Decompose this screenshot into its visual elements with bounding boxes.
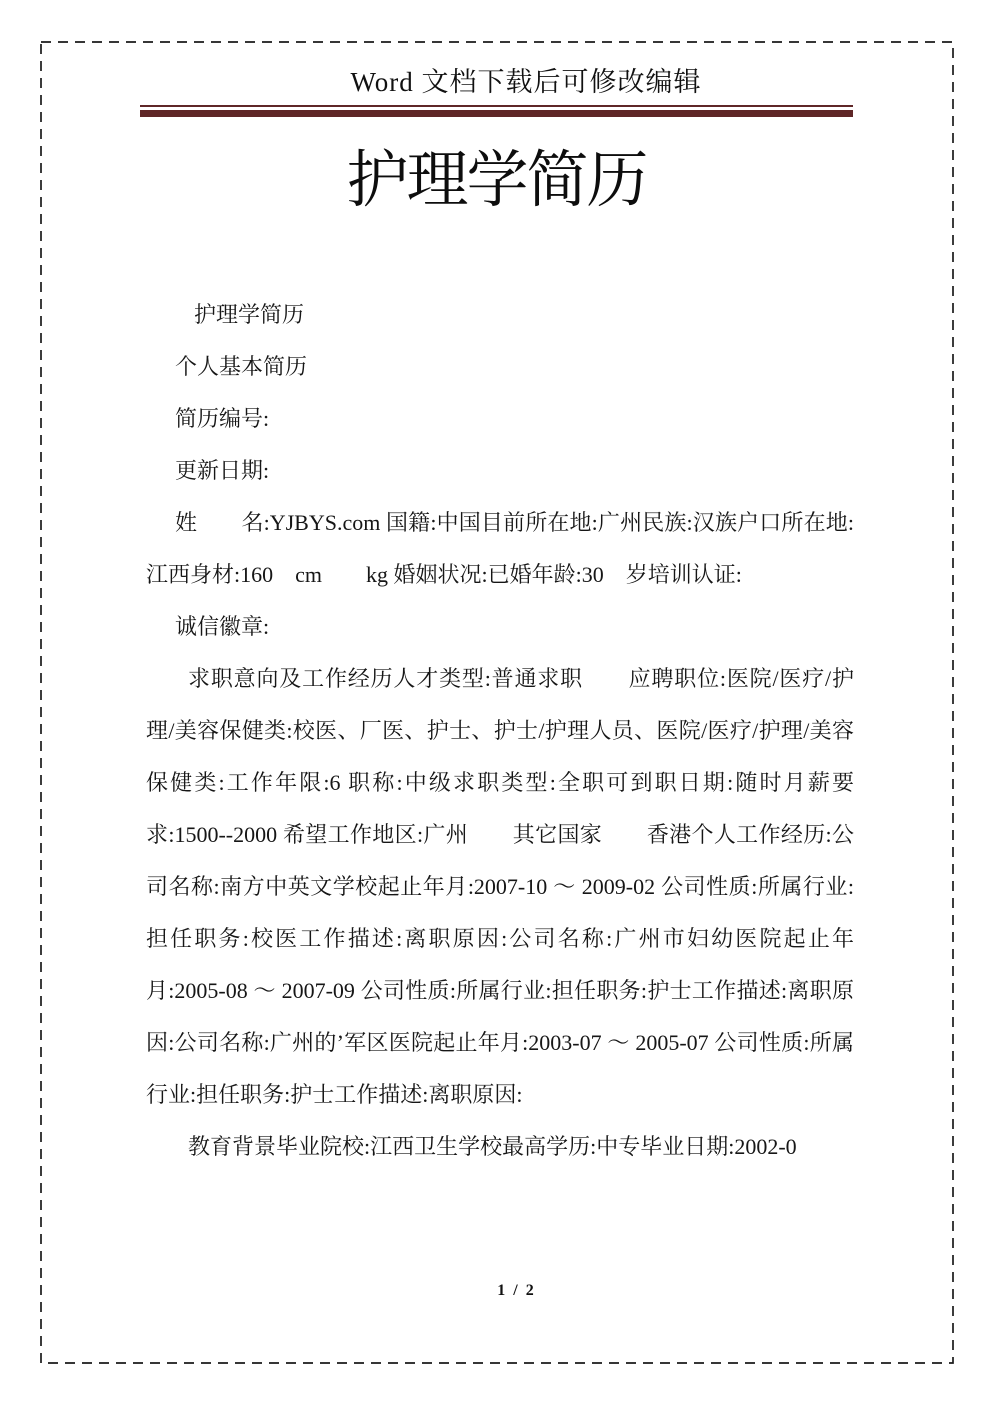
document-title: 护理学简历 (0, 138, 993, 222)
paragraph-education-background: 教育背景毕业院校:江西卫生学校最高学历:中专毕业日期:2002-0 (146, 1121, 854, 1173)
paragraph-job-intention-experience: 求职意向及工作经历人才类型:普通求职 应聘职位:医院/医疗/护理/美容保健类:校… (146, 653, 854, 1121)
document-body: 护理学简历 个人基本简历 简历编号: 更新日期: 姓 名:YJBYS.com 国… (146, 289, 854, 1173)
header-rule-thick (140, 110, 853, 117)
page-number: 1 / 2 (146, 1279, 854, 1303)
header-rule-thin (140, 105, 853, 107)
paragraph-resume-number: 简历编号: (146, 393, 854, 445)
paragraph-integrity-badge: 诚信徽章: (146, 601, 854, 653)
paragraph-resume-heading: 护理学简历 (146, 289, 854, 341)
watermark-header-text: Word 文档下载后可修改编辑 (146, 64, 906, 100)
document-page: Word 文档下载后可修改编辑 护理学简历 护理学简历 个人基本简历 简历编号:… (0, 0, 993, 1404)
paragraph-basic-info-heading: 个人基本简历 (146, 341, 854, 393)
paragraph-personal-details: 姓 名:YJBYS.com 国籍:中国目前所在地:广州民族:汉族户口所在地:江西… (146, 497, 854, 601)
paragraph-update-date: 更新日期: (146, 445, 854, 497)
